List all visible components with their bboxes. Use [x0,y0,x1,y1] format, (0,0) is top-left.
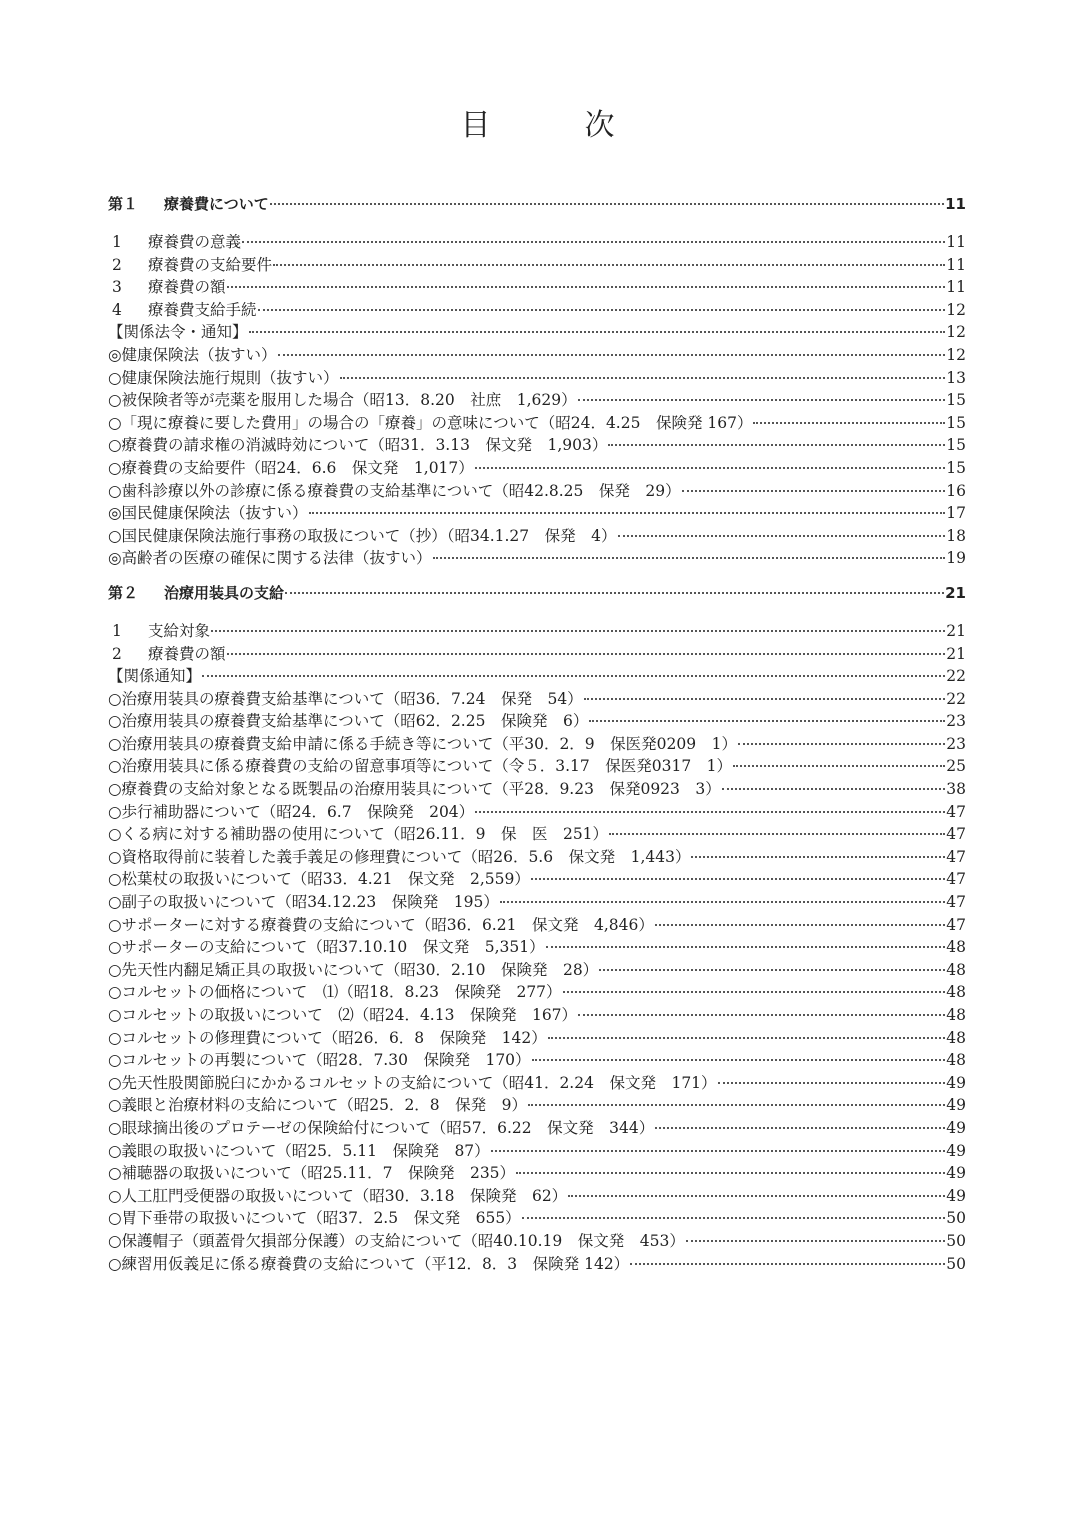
leader-dots [522,1217,946,1219]
chapter-title: 第１療養費について [108,191,269,217]
chapter-label: 療養費について [164,195,269,213]
chapter-label: 治療用装具の支給 [164,584,284,602]
page-number: 47 [946,868,966,891]
toc-entry[interactable]: ○くる病に対する補助器の使用について（昭26.11．9 保 医 251）47 [108,823,966,846]
leader-dots [548,1037,946,1039]
page-number: 49 [946,1140,966,1163]
entry-title: ○療養費の支給要件（昭24．6.6 保文発 1,017） [108,457,474,480]
page-number: 21 [946,620,966,643]
toc-entry[interactable]: 2療養費の支給要件11 [108,254,966,277]
entry-title: ○被保険者等が売薬を服用した場合（昭13．8.20 社庶 1,629） [108,389,577,412]
page-number: 15 [946,412,966,435]
leader-dots [578,1014,945,1016]
entry-title: ○胃下垂帯の取扱いについて（昭37．2.5 保文発 655） [108,1207,521,1230]
entry-title: ◎健康保険法（抜すい） [108,344,277,367]
page-number: 11 [945,191,966,217]
toc-entry[interactable]: ○副子の取扱いについて（昭34.12.23 保険発 195）47 [108,891,966,914]
entry-title: ○くる病に対する補助器の使用について（昭26.11．9 保 医 251） [108,823,608,846]
page-title: 目次 [0,100,1075,144]
entry-label: ○練習用仮義足に係る療養費の支給について（平12．8．3 保険発 142） [108,1255,629,1273]
entry-title: ○治療用装具の療養費支給基準について（昭36．7.24 保発 54） [108,688,583,711]
table-of-contents: 第１療養費について111療養費の意義112療養費の支給要件113療養費の額114… [108,191,966,1275]
entry-title: ○療養費の支給対象となる既製品の治療用装具について（平28．9.23 保発092… [108,778,721,801]
toc-entry[interactable]: ○療養費の支給要件（昭24．6.6 保文発 1,017）15 [108,457,966,480]
leader-dots [578,399,946,401]
toc-entry[interactable]: ○人工肛門受便器の取扱いについて（昭30．3.18 保険発 62）49 [108,1185,966,1208]
page-number: 25 [946,755,966,778]
entry-label: ◎健康保険法（抜すい） [108,346,277,364]
entry-title: ○「現に療養に要した費用」の場合の「療養」の意味について（昭24．4.25 保険… [108,412,752,435]
entry-title: ○コルセットの価格について ⑴（昭18．8.23 保険発 277） [108,981,562,1004]
page-number: 49 [946,1094,966,1117]
section-spacer [108,570,966,580]
page-number: 38 [946,778,966,801]
leader-dots [691,856,945,858]
toc-entry[interactable]: ○補聴器の取扱いについて（昭25.11．7 保険発 235）49 [108,1162,966,1185]
entry-title: 【関係法令・通知】 [108,321,248,344]
page-number: 21 [946,643,966,666]
leader-dots [528,1104,945,1106]
entry-label: ○胃下垂帯の取扱いについて（昭37．2.5 保文発 655） [108,1209,521,1227]
entry-title: ○補聴器の取扱いについて（昭25.11．7 保険発 235） [108,1162,515,1185]
page-number: 15 [946,457,966,480]
page-number: 22 [946,688,966,711]
entry-title: ◎高齢者の医療の確保に関する法律（抜すい） [108,547,432,570]
leader-dots [258,309,946,311]
entry-label: ○サポーターの支給について（昭37.10.10 保文発 5,351） [108,938,545,956]
toc-entry[interactable]: ○サポーターの支給について（昭37.10.10 保文発 5,351）48 [108,936,966,959]
entry-label: ○治療用装具の療養費支給基準について（昭36．7.24 保発 54） [108,690,583,708]
leader-dots [609,833,945,835]
leader-dots [227,653,946,655]
leader-dots [584,698,946,700]
leader-dots [532,1059,946,1061]
page-number: 50 [946,1207,966,1230]
toc-entry[interactable]: ○義眼の取扱いについて（昭25．5.11 保険発 87）49 [108,1140,966,1163]
toc-entry[interactable]: ○療養費の請求権の消滅時効について（昭31．3.13 保文発 1,903）15 [108,434,966,457]
entry-label: ○治療用装具の療養費支給申請に係る手続き等について（平30．2．9 保医発020… [108,735,737,753]
leader-dots [475,467,945,469]
leader-dots [753,422,945,424]
page-number: 17 [946,502,966,525]
page-number: 47 [946,823,966,846]
entry-title: ○歩行補助器について（昭24．6.7 保険発 204） [108,801,474,824]
page-number: 11 [946,254,966,277]
leader-dots [618,535,946,537]
entry-title: 3療養費の額 [108,276,226,299]
toc-entry[interactable]: ○「現に療養に要した費用」の場合の「療養」の意味について（昭24．4.25 保険… [108,412,966,435]
leader-dots [563,991,946,993]
page-number: 48 [946,959,966,982]
entry-number: 1 [108,620,148,643]
leader-dots [546,946,946,948]
toc-entry[interactable]: ○歩行補助器について（昭24．6.7 保険発 204）47 [108,801,966,824]
entry-label: ○資格取得前に装着した義手義足の修理費について（昭26．5.6 保文発 1,44… [108,848,690,866]
toc-entry[interactable]: ○松葉杖の取扱いについて（昭33．4.21 保文発 2,559）47 [108,868,966,891]
entry-label: ○コルセットの取扱いについて ⑵（昭24．4.13 保険発 167） [108,1006,577,1024]
entry-label: ○松葉杖の取扱いについて（昭33．4.21 保文発 2,559） [108,870,530,888]
entry-title: ○治療用装具に係る療養費の支給の留意事項等について（令５．3.17 保医発031… [108,755,732,778]
entry-label: 療養費の支給要件 [148,256,272,274]
page-number: 49 [946,1117,966,1140]
page-number: 15 [946,434,966,457]
toc-entry[interactable]: ○健康保険法施行規則（抜すい）13 [108,367,966,390]
entry-title: ○健康保険法施行規則（抜すい） [108,367,339,390]
page-number: 47 [946,846,966,869]
section-spacer [108,217,966,231]
toc-entry[interactable]: 1支給対象21 [108,620,966,643]
entry-label: ○「現に療養に要した費用」の場合の「療養」の意味について（昭24．4.25 保険… [108,414,752,432]
entry-title: 4療養費支給手続 [108,299,257,322]
entry-title: ○先天性内翻足矯正具の取扱いについて（昭30．2.10 保険発 28） [108,959,598,982]
entry-number: 3 [108,276,148,299]
entry-title: ○サポーターの支給について（昭37.10.10 保文発 5,351） [108,936,545,959]
entry-label: ○義眼の取扱いについて（昭25．5.11 保険発 87） [108,1142,490,1160]
toc-entry[interactable]: ○歯科診療以外の診療に係る療養費の支給基準について（昭42.8.25 保発 29… [108,480,966,503]
toc-entry[interactable]: 1療養費の意義11 [108,231,966,254]
page-number: 47 [946,891,966,914]
page-number: 13 [946,367,966,390]
leader-dots [682,490,946,492]
toc-chapter-heading[interactable]: 第２治療用装具の支給21 [108,580,966,606]
leader-dots [599,969,945,971]
entry-label: ○療養費の支給対象となる既製品の治療用装具について（平28．9.23 保発092… [108,780,721,798]
page-number: 49 [946,1185,966,1208]
toc-entry[interactable]: ○被保険者等が売薬を服用した場合（昭13．8.20 社庶 1,629）15 [108,389,966,412]
leader-dots [285,592,944,594]
toc-entry[interactable]: ◎国民健康保険法（抜すい）17 [108,502,966,525]
entry-label: ○療養費の請求権の消滅時効について（昭31．3.13 保文発 1,903） [108,436,607,454]
entry-label: ○コルセットの修理費について（昭26．6．8 保険発 142） [108,1029,547,1047]
toc-entry[interactable]: 4療養費支給手続12 [108,299,966,322]
entry-label: ○先天性股関節脱臼にかかるコルセットの支給について（昭41．2.24 保文発 1… [108,1074,717,1092]
page-number: 49 [946,1162,966,1185]
entry-number: 4 [108,299,148,322]
page-number: 12 [946,321,966,344]
page-number: 23 [946,733,966,756]
entry-label: ○療養費の支給要件（昭24．6.6 保文発 1,017） [108,459,474,477]
page-number: 15 [946,389,966,412]
leader-dots [491,1150,946,1152]
toc-entry[interactable]: ○資格取得前に装着した義手義足の修理費について（昭26．5.6 保文発 1,44… [108,846,966,869]
leader-dots [340,377,946,379]
page-number: 48 [946,1027,966,1050]
title-char-1: 目 [461,100,491,144]
entry-label: ○補聴器の取扱いについて（昭25.11．7 保険発 235） [108,1164,515,1182]
entry-label: ○コルセットの再製について（昭28．7.30 保険発 170） [108,1051,531,1069]
entry-title: 1支給対象 [108,620,210,643]
entry-label: 支給対象 [148,622,210,640]
leader-dots [249,331,946,333]
entry-number: 2 [108,254,148,277]
leader-dots [242,241,945,243]
toc-entry[interactable]: ○眼球摘出後のプロテーゼの保険給付について（昭57．6.22 保文発 344）4… [108,1117,966,1140]
toc-entry[interactable]: ○義眼と治療材料の支給について（昭25．2．8 保発 9）49 [108,1094,966,1117]
leader-dots [722,788,946,790]
toc-entry[interactable]: ○治療用装具の療養費支給基準について（昭36．7.24 保発 54）22 [108,688,966,711]
toc-entry[interactable]: 3療養費の額11 [108,276,966,299]
leader-dots [655,1127,945,1129]
entry-title: ○治療用装具の療養費支給基準について（昭62．2.25 保険発 6） [108,710,588,733]
leader-dots [202,675,945,677]
leader-dots [738,743,945,745]
entry-label: ○くる病に対する補助器の使用について（昭26.11．9 保 医 251） [108,825,608,843]
toc-entry[interactable]: ○療養費の支給対象となる既製品の治療用装具について（平28．9.23 保発092… [108,778,966,801]
entry-title: ○コルセットの取扱いについて ⑵（昭24．4.13 保険発 167） [108,1004,577,1027]
entry-title: ○コルセットの修理費について（昭26．6．8 保険発 142） [108,1027,547,1050]
toc-entry[interactable]: ○コルセットの取扱いについて ⑵（昭24．4.13 保険発 167）48 [108,1004,966,1027]
leader-dots [227,286,946,288]
page-number: 47 [946,914,966,937]
leader-dots [433,557,946,559]
leader-dots [273,264,945,266]
page-number: 23 [946,710,966,733]
leader-dots [733,765,945,767]
entry-title: ○眼球摘出後のプロテーゼの保険給付について（昭57．6.22 保文発 344） [108,1117,654,1140]
toc-entry[interactable]: ○国民健康保険法施行事務の取扱について（抄）（昭34.1.27 保発 4）18 [108,525,966,548]
entry-label: ◎国民健康保険法（抜すい） [108,504,308,522]
toc-entry[interactable]: ○コルセットの価格について ⑴（昭18．8.23 保険発 277）48 [108,981,966,1004]
toc-entry[interactable]: ○保護帽子（頭蓋骨欠損部分保護）の支給について（昭40.10.19 保文発 45… [108,1230,966,1253]
leader-dots [589,720,945,722]
entry-title: ○先天性股関節脱臼にかかるコルセットの支給について（昭41．2.24 保文発 1… [108,1072,717,1095]
entry-title: ○療養費の請求権の消滅時効について（昭31．3.13 保文発 1,903） [108,434,607,457]
page-number: 12 [946,299,966,322]
entry-title: ○国民健康保険法施行事務の取扱について（抄）（昭34.1.27 保発 4） [108,525,617,548]
toc-entry[interactable]: ○先天性内翻足矯正具の取扱いについて（昭30．2.10 保険発 28）48 [108,959,966,982]
page-number: 48 [946,1004,966,1027]
entry-title: ○副子の取扱いについて（昭34.12.23 保険発 195） [108,891,499,914]
leader-dots [718,1082,946,1084]
entry-title: ○歯科診療以外の診療に係る療養費の支給基準について（昭42.8.25 保発 29… [108,480,681,503]
page-number: 22 [946,665,966,688]
toc-entry[interactable]: ○治療用装具に係る療養費の支給の留意事項等について（令５．3.17 保医発031… [108,755,966,778]
entry-label: 療養費の意義 [148,233,241,251]
page-number: 50 [946,1230,966,1253]
page-number: 48 [946,1049,966,1072]
leader-dots [211,630,945,632]
leader-dots [568,1195,945,1197]
entry-title: ○義眼の取扱いについて（昭25．5.11 保険発 87） [108,1140,490,1163]
entry-label: 【関係法令・通知】 [108,323,248,341]
entry-title: ○資格取得前に装着した義手義足の修理費について（昭26．5.6 保文発 1,44… [108,846,690,869]
entry-title: ○練習用仮義足に係る療養費の支給について（平12．8．3 保険発 142） [108,1253,629,1276]
leader-dots [655,924,945,926]
toc-chapter-heading[interactable]: 第１療養費について11 [108,191,966,217]
toc-entry[interactable]: ○治療用装具の療養費支給申請に係る手続き等について（平30．2．9 保医発020… [108,733,966,756]
entry-title: ○サポーターに対する療養費の支給について（昭36．6.21 保文発 4,846） [108,914,654,937]
page-number: 49 [946,1072,966,1095]
entry-label: ◎高齢者の医療の確保に関する法律（抜すい） [108,549,432,567]
entry-label: ○人工肛門受便器の取扱いについて（昭30．3.18 保険発 62） [108,1187,567,1205]
page-number: 48 [946,936,966,959]
section-spacer [108,606,966,620]
entry-label: ○副子の取扱いについて（昭34.12.23 保険発 195） [108,893,499,911]
entry-label: ○国民健康保険法施行事務の取扱について（抄）（昭34.1.27 保発 4） [108,527,617,545]
entry-title: 【関係通知】 [108,665,201,688]
entry-label: ○治療用装具に係る療養費の支給の留意事項等について（令５．3.17 保医発031… [108,757,732,775]
leader-dots [516,1172,945,1174]
entry-label: ○保護帽子（頭蓋骨欠損部分保護）の支給について（昭40.10.19 保文発 45… [108,1232,685,1250]
leader-dots [270,203,944,205]
toc-entry[interactable]: ○治療用装具の療養費支給基準について（昭62．2.25 保険発 6）23 [108,710,966,733]
entry-label: ○健康保険法施行規則（抜すい） [108,369,339,387]
toc-entry[interactable]: ◎高齢者の医療の確保に関する法律（抜すい）19 [108,547,966,570]
page-number: 50 [946,1253,966,1276]
entry-label: 療養費の額 [148,645,226,663]
toc-entry[interactable]: ○コルセットの修理費について（昭26．6．8 保険発 142）48 [108,1027,966,1050]
entry-title: ○治療用装具の療養費支給申請に係る手続き等について（平30．2．9 保医発020… [108,733,737,756]
entry-label: ○サポーターに対する療養費の支給について（昭36．6.21 保文発 4,846） [108,916,654,934]
toc-entry[interactable]: ○胃下垂帯の取扱いについて（昭37．2.5 保文発 655）50 [108,1207,966,1230]
entry-label: ○義眼と治療材料の支給について（昭25．2．8 保発 9） [108,1096,527,1114]
entry-title: ○義眼と治療材料の支給について（昭25．2．8 保発 9） [108,1094,527,1117]
entry-number: 2 [108,643,148,666]
page-number: 16 [946,480,966,503]
leader-dots [278,354,946,356]
title-char-2: 次 [585,100,615,144]
page-number: 11 [946,231,966,254]
toc-entry[interactable]: 2療養費の額21 [108,643,966,666]
entry-title: ○保護帽子（頭蓋骨欠損部分保護）の支給について（昭40.10.19 保文発 45… [108,1230,685,1253]
toc-entry[interactable]: 【関係通知】22 [108,665,966,688]
entry-title: 1療養費の意義 [108,231,241,254]
leader-dots [309,512,946,514]
page-number: 19 [946,547,966,570]
entry-label: ○先天性内翻足矯正具の取扱いについて（昭30．2.10 保険発 28） [108,961,598,979]
chapter-number: 第１ [108,191,164,217]
entry-label: ○眼球摘出後のプロテーゼの保険給付について（昭57．6.22 保文発 344） [108,1119,654,1137]
entry-label: ○治療用装具の療養費支給基準について（昭62．2.25 保険発 6） [108,712,588,730]
toc-entry[interactable]: ◎健康保険法（抜すい）12 [108,344,966,367]
toc-entry[interactable]: ○サポーターに対する療養費の支給について（昭36．6.21 保文発 4,846）… [108,914,966,937]
leader-dots [686,1240,945,1242]
chapter-title: 第２治療用装具の支給 [108,580,284,606]
entry-title: ◎国民健康保険法（抜すい） [108,502,308,525]
entry-label: ○歯科診療以外の診療に係る療養費の支給基準について（昭42.8.25 保発 29… [108,482,681,500]
page-number: 48 [946,981,966,1004]
page-number: 12 [946,344,966,367]
chapter-number: 第２ [108,580,164,606]
toc-entry[interactable]: ○先天性股関節脱臼にかかるコルセットの支給について（昭41．2.24 保文発 1… [108,1072,966,1095]
toc-entry[interactable]: 【関係法令・通知】12 [108,321,966,344]
entry-label: ○被保険者等が売薬を服用した場合（昭13．8.20 社庶 1,629） [108,391,577,409]
leader-dots [531,878,945,880]
entry-label: 【関係通知】 [108,667,201,685]
entry-label: 療養費支給手続 [148,301,257,319]
leader-dots [608,444,945,446]
toc-entry[interactable]: ○コルセットの再製について（昭28．7.30 保険発 170）48 [108,1049,966,1072]
entry-title: ○コルセットの再製について（昭28．7.30 保険発 170） [108,1049,531,1072]
entry-title: 2療養費の額 [108,643,226,666]
entry-number: 1 [108,231,148,254]
page-number: 47 [946,801,966,824]
leader-dots [500,901,945,903]
leader-dots [475,811,945,813]
entry-label: ○コルセットの価格について ⑴（昭18．8.23 保険発 277） [108,983,562,1001]
toc-entry[interactable]: ○練習用仮義足に係る療養費の支給について（平12．8．3 保険発 142）50 [108,1253,966,1276]
leader-dots [630,1263,945,1265]
entry-title: ○松葉杖の取扱いについて（昭33．4.21 保文発 2,559） [108,868,530,891]
entry-title: ○人工肛門受便器の取扱いについて（昭30．3.18 保険発 62） [108,1185,567,1208]
page-number: 18 [946,525,966,548]
page-number: 11 [946,276,966,299]
entry-title: 2療養費の支給要件 [108,254,272,277]
entry-label: 療養費の額 [148,278,226,296]
page-number: 21 [945,580,966,606]
entry-label: ○歩行補助器について（昭24．6.7 保険発 204） [108,803,474,821]
